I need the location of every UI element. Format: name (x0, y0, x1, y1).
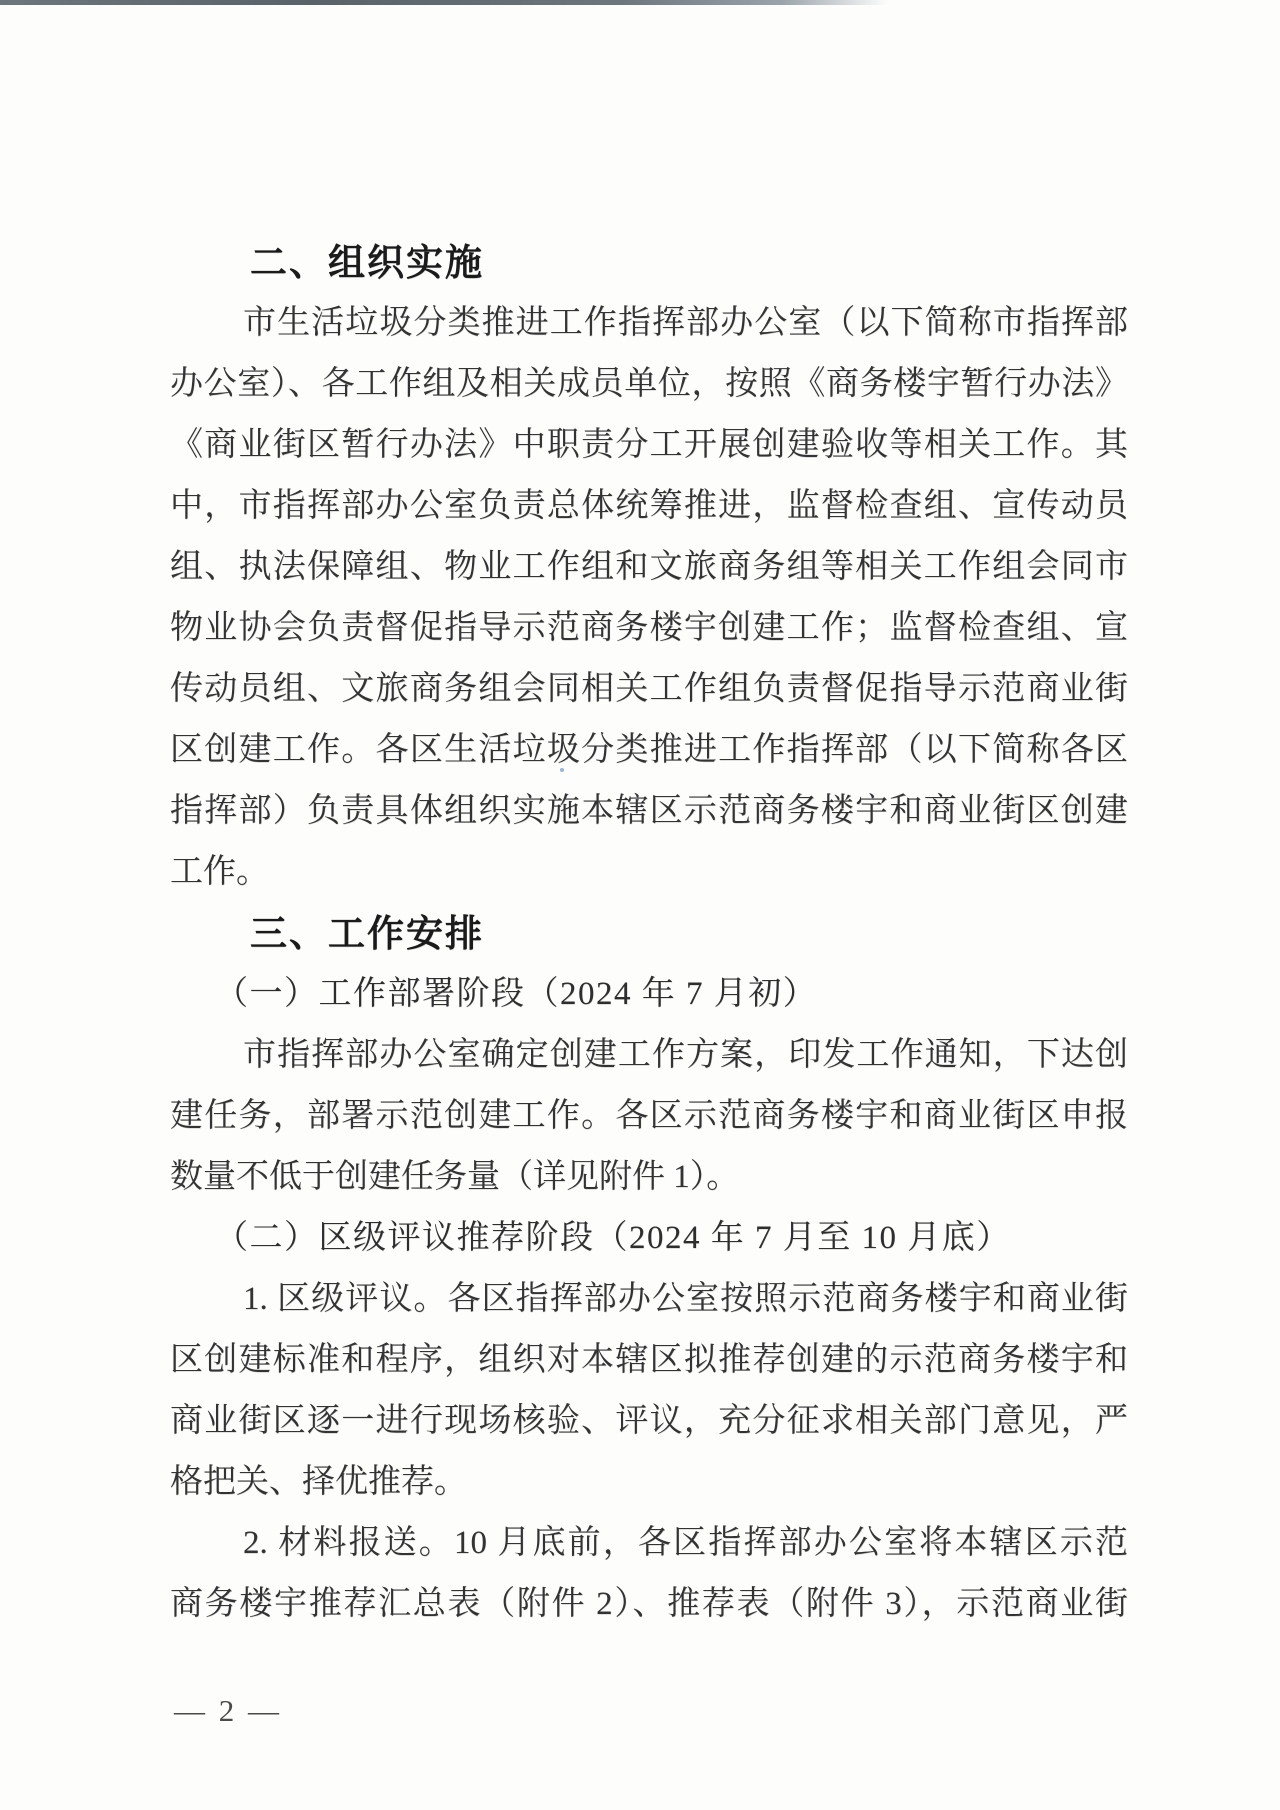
para-line: 《商业街区暂行办法》中职责分工开展创建验收等相关工作。其 (170, 415, 1128, 476)
section-2-heading: 二、组织实施 (170, 232, 1128, 293)
stage-1-subheading: （一）工作部署阶段（2024 年 7 月初） (170, 964, 1128, 1025)
para-line: 建任务，部署示范创建工作。各区示范商务楼宇和商业街区申报 (170, 1086, 1128, 1147)
para-line: 市指挥部办公室确定创建工作方案，印发工作通知，下达创 (170, 1025, 1128, 1086)
para-line: 物业协会负责督促指导示范商务楼宇创建工作；监督检查组、宣 (170, 598, 1128, 659)
para-line: 数量不低于创建任务量（详见附件 1）。 (170, 1147, 1128, 1208)
scanned-document-page: 二、组织实施 市生活垃圾分类推进工作指挥部办公室（以下简称市指挥部 办公室）、各… (0, 0, 1280, 1810)
page-number: — 2 — (174, 1689, 282, 1733)
para-line: 工作。 (170, 842, 1128, 903)
scan-artifact-line (0, 0, 888, 5)
para-line: 1. 区级评议。各区指挥部办公室按照示范商务楼宇和商业街 (170, 1269, 1128, 1330)
para-line: 商务楼宇推荐汇总表（附件 2）、推荐表（附件 3），示范商业街 (170, 1574, 1128, 1635)
scan-speck (560, 768, 564, 772)
para-line: 2. 材料报送。10 月底前，各区指挥部办公室将本辖区示范 (170, 1513, 1128, 1574)
para-line: 中，市指挥部办公室负责总体统筹推进，监督检查组、宣传动员 (170, 476, 1128, 537)
para-line: 传动员组、文旅商务组会同相关工作组负责督促指导示范商业街 (170, 659, 1128, 720)
para-line: 市生活垃圾分类推进工作指挥部办公室（以下简称市指挥部 (170, 293, 1128, 354)
para-line: 格把关、择优推荐。 (170, 1452, 1128, 1513)
stage-2-subheading: （二）区级评议推荐阶段（2024 年 7 月至 10 月底） (170, 1208, 1128, 1269)
para-line: 区创建标准和程序，组织对本辖区拟推荐创建的示范商务楼宇和 (170, 1330, 1128, 1391)
para-line: 指挥部）负责具体组织实施本辖区示范商务楼宇和商业街区创建 (170, 781, 1128, 842)
para-line: 办公室）、各工作组及相关成员单位，按照《商务楼宇暂行办法》 (170, 354, 1128, 415)
para-line: 区创建工作。各区生活垃圾分类推进工作指挥部（以下简称各区 (170, 720, 1128, 781)
para-line: 商业街区逐一进行现场核验、评议，充分征求相关部门意见，严 (170, 1391, 1128, 1452)
section-3-heading: 三、工作安排 (170, 903, 1128, 964)
para-line: 组、执法保障组、物业工作组和文旅商务组等相关工作组会同市 (170, 537, 1128, 598)
document-body: 二、组织实施 市生活垃圾分类推进工作指挥部办公室（以下简称市指挥部 办公室）、各… (170, 232, 1128, 1635)
